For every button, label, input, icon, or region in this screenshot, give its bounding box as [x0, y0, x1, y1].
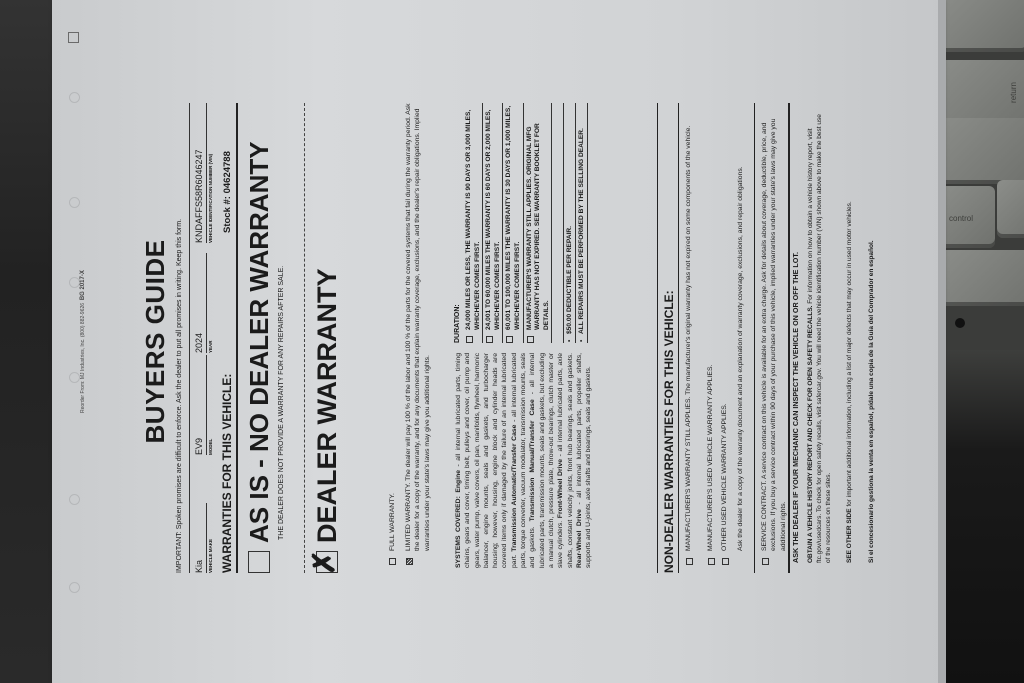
service-contract-text: SERVICE CONTRACT. A service contract on …: [760, 111, 788, 551]
as-is-checkbox[interactable]: [248, 551, 270, 573]
mfr-used-warranty-checkbox[interactable]: [708, 558, 715, 565]
printer-info: Reorder From: MJ Industries, Inc. (800) …: [80, 270, 86, 413]
vehicle-vin-field: KNDAFFS58R6046247 VEHICLE IDENTIFICATION…: [194, 103, 213, 243]
punch-hole: [69, 494, 80, 505]
vehicle-year-label: YEAR: [206, 253, 213, 353]
vehicle-model-field: EV9 MODEL: [194, 355, 213, 455]
mfr-used-warranty-text: MANUFACTURER'S USED VEHICLE WARRANTY APP…: [706, 365, 715, 551]
form-number: BG 2017-X: [80, 270, 86, 300]
dark-background: [0, 0, 55, 683]
duration-option-text: 24,001 TO 60,000 MILES THE WARRANTY IS 6…: [485, 110, 501, 330]
keyboard-hole: [955, 318, 965, 328]
non-dealer-heading: NON-DEALER WARRANTIES FOR THIS VEHICLE:: [662, 290, 676, 573]
systems-covered: SYSTEMS COVERED: Engine - all internal l…: [454, 353, 593, 568]
duration-option: 60,001 TO 100,000 MILES THE WARRANTY IS …: [505, 103, 523, 343]
spanish-notice: Si el concesionario gestiona la venta en…: [868, 108, 877, 563]
buyers-guide-page: Reorder From: MJ Industries, Inc. (800) …: [52, 0, 942, 683]
warranties-heading: WARRANTIES FOR THIS VEHICLE:: [220, 374, 234, 573]
dashed-divider: [304, 103, 305, 573]
vehicle-make: Kia: [194, 503, 204, 573]
duration-option-text: MANUFACTURER'S WARRANTY STILL APPLIES. O…: [526, 123, 550, 330]
vehicle-model-label: MODEL: [206, 355, 213, 455]
keyboard-key: [937, 250, 1024, 306]
keyboard-key: [997, 180, 1024, 238]
system-auto-trans-label: Transmission Automatic/Transfer Case: [511, 425, 518, 552]
history-heading: OBTAIN A VEHICLE HISTORY REPORT AND CHEC…: [807, 306, 814, 564]
other-side: SEE OTHER SIDE for important additional …: [846, 108, 855, 563]
dealer-warranty-title: DEALER WARRANTY: [312, 269, 343, 544]
duration-option: 24,001 TO 60,000 MILES THE WARRANTY IS 6…: [485, 103, 503, 343]
punch-hole: [69, 582, 80, 593]
vehicle-make-field: Kia VEHICLE MAKE: [194, 503, 213, 573]
ask-copy-text: Ask the dealer for a copy of the warrant…: [736, 111, 745, 551]
duration-checkbox[interactable]: [506, 336, 513, 343]
as-is-title: AS IS - NO DEALER WARRANTY: [244, 141, 275, 543]
limited-warranty-text: LIMITED WARRANTY. The dealer will pay 10…: [404, 101, 432, 551]
punch-hole: [69, 197, 80, 208]
vehicle-year: 2024: [194, 253, 204, 353]
control-key-label: control: [949, 214, 973, 223]
full-warranty-label: FULL WARRANTY.: [388, 493, 397, 551]
return-key-label: return: [1009, 82, 1018, 103]
duration-checkbox[interactable]: [527, 336, 534, 343]
duration-checkbox[interactable]: [486, 336, 493, 343]
important-notice: IMPORTANT: Spoken promises are difficult…: [176, 219, 183, 573]
full-warranty-checkbox[interactable]: [389, 558, 396, 565]
history-report: OBTAIN A VEHICLE HISTORY REPORT AND CHEC…: [807, 108, 833, 563]
system-fwd-label: Front-Wheel Drive: [557, 459, 564, 518]
divider: [236, 103, 238, 573]
duration-section: DURATION: 24,000 MILES OR LESS, THE WARR…: [454, 103, 588, 343]
vehicle-make-label: VEHICLE MAKE: [206, 503, 213, 573]
duration-option: MANUFACTURER'S WARRANTY STILL APPLIES. O…: [526, 103, 553, 343]
other-side-heading: SEE OTHER SIDE: [846, 508, 853, 563]
keyboard-key: [937, 0, 1024, 52]
service-contract-checkbox[interactable]: [762, 558, 769, 565]
duration-checkbox[interactable]: [466, 336, 473, 343]
duration-option-text: 60,001 TO 100,000 MILES THE WARRANTY IS …: [505, 106, 521, 330]
as-is-subtitle: THE DEALER DOES NOT PROVIDE A WARRANTY F…: [278, 266, 285, 540]
divider: [754, 103, 755, 573]
punch-hole: [69, 92, 80, 103]
return-key: return: [933, 60, 1024, 126]
mfr-warranty-text: MANUFACTURER'S WARRANTY STILL APPLIES. T…: [684, 111, 693, 551]
keyboard-key: [933, 118, 1024, 184]
divider: [788, 103, 790, 573]
other-used-warranty-text: OTHER USED VEHICLE WARRANTY APPLIES.: [720, 403, 729, 551]
stock-label: Stock #:: [222, 196, 233, 233]
system-engine-text: - all internal lubricated parts, timing …: [455, 353, 518, 568]
page-title: BUYERS GUIDE: [140, 0, 171, 683]
vehicle-year-field: 2024 YEAR: [194, 253, 213, 353]
system-rwd-label: Rear-Wheel Drive: [576, 509, 583, 568]
vehicle-vin: KNDAFFS58R6046247: [194, 103, 204, 243]
stock-value: 04624788: [222, 151, 233, 193]
punch-hole: [69, 372, 80, 383]
divider: [678, 103, 679, 573]
system-engine-label: Engine: [455, 470, 462, 493]
x-mark-icon: ✗: [314, 550, 336, 575]
duration-option: 24,000 MILES OR LESS, THE WARRANTY IS 90…: [465, 103, 483, 343]
vehicle-vin-label: VEHICLE IDENTIFICATION NUMBER (VIN): [206, 103, 213, 243]
mfr-warranty-checkbox[interactable]: [686, 558, 693, 565]
duration-label: DURATION:: [454, 103, 461, 343]
vehicle-info-row: Kia VEHICLE MAKE EV9 MODEL 2024 YEAR KND…: [189, 103, 219, 573]
other-side-text: for important additional information, in…: [846, 201, 853, 508]
deductible-condition: $50.00 DEDUCTIBLE PER REPAIR.: [566, 103, 576, 343]
other-used-warranty-checkbox[interactable]: [722, 558, 729, 565]
duration-option-text: 24,000 MILES OR LESS, THE WARRANTY IS 90…: [465, 110, 481, 330]
corner-checkbox-icon: [68, 32, 79, 43]
stock-number: Stock #: 04624788: [222, 151, 233, 233]
blank-line: [554, 103, 564, 343]
vehicle-model: EV9: [194, 355, 204, 455]
limited-warranty-checkbox[interactable]: [406, 558, 413, 565]
printer-line: Reorder From: MJ Industries, Inc. (800) …: [80, 303, 86, 413]
divider: [657, 103, 658, 573]
systems-covered-label: SYSTEMS COVERED:: [455, 496, 462, 568]
repairs-condition: ALL REPAIRS MUST BE PERFORMED BY THE SEL…: [578, 103, 588, 343]
system-manual-trans-label: Transmission Manual/Transfer Case: [529, 399, 536, 521]
punch-hole: [69, 277, 80, 288]
ask-mechanic: ASK THE DEALER IF YOUR MECHANIC CAN INSP…: [791, 252, 800, 563]
